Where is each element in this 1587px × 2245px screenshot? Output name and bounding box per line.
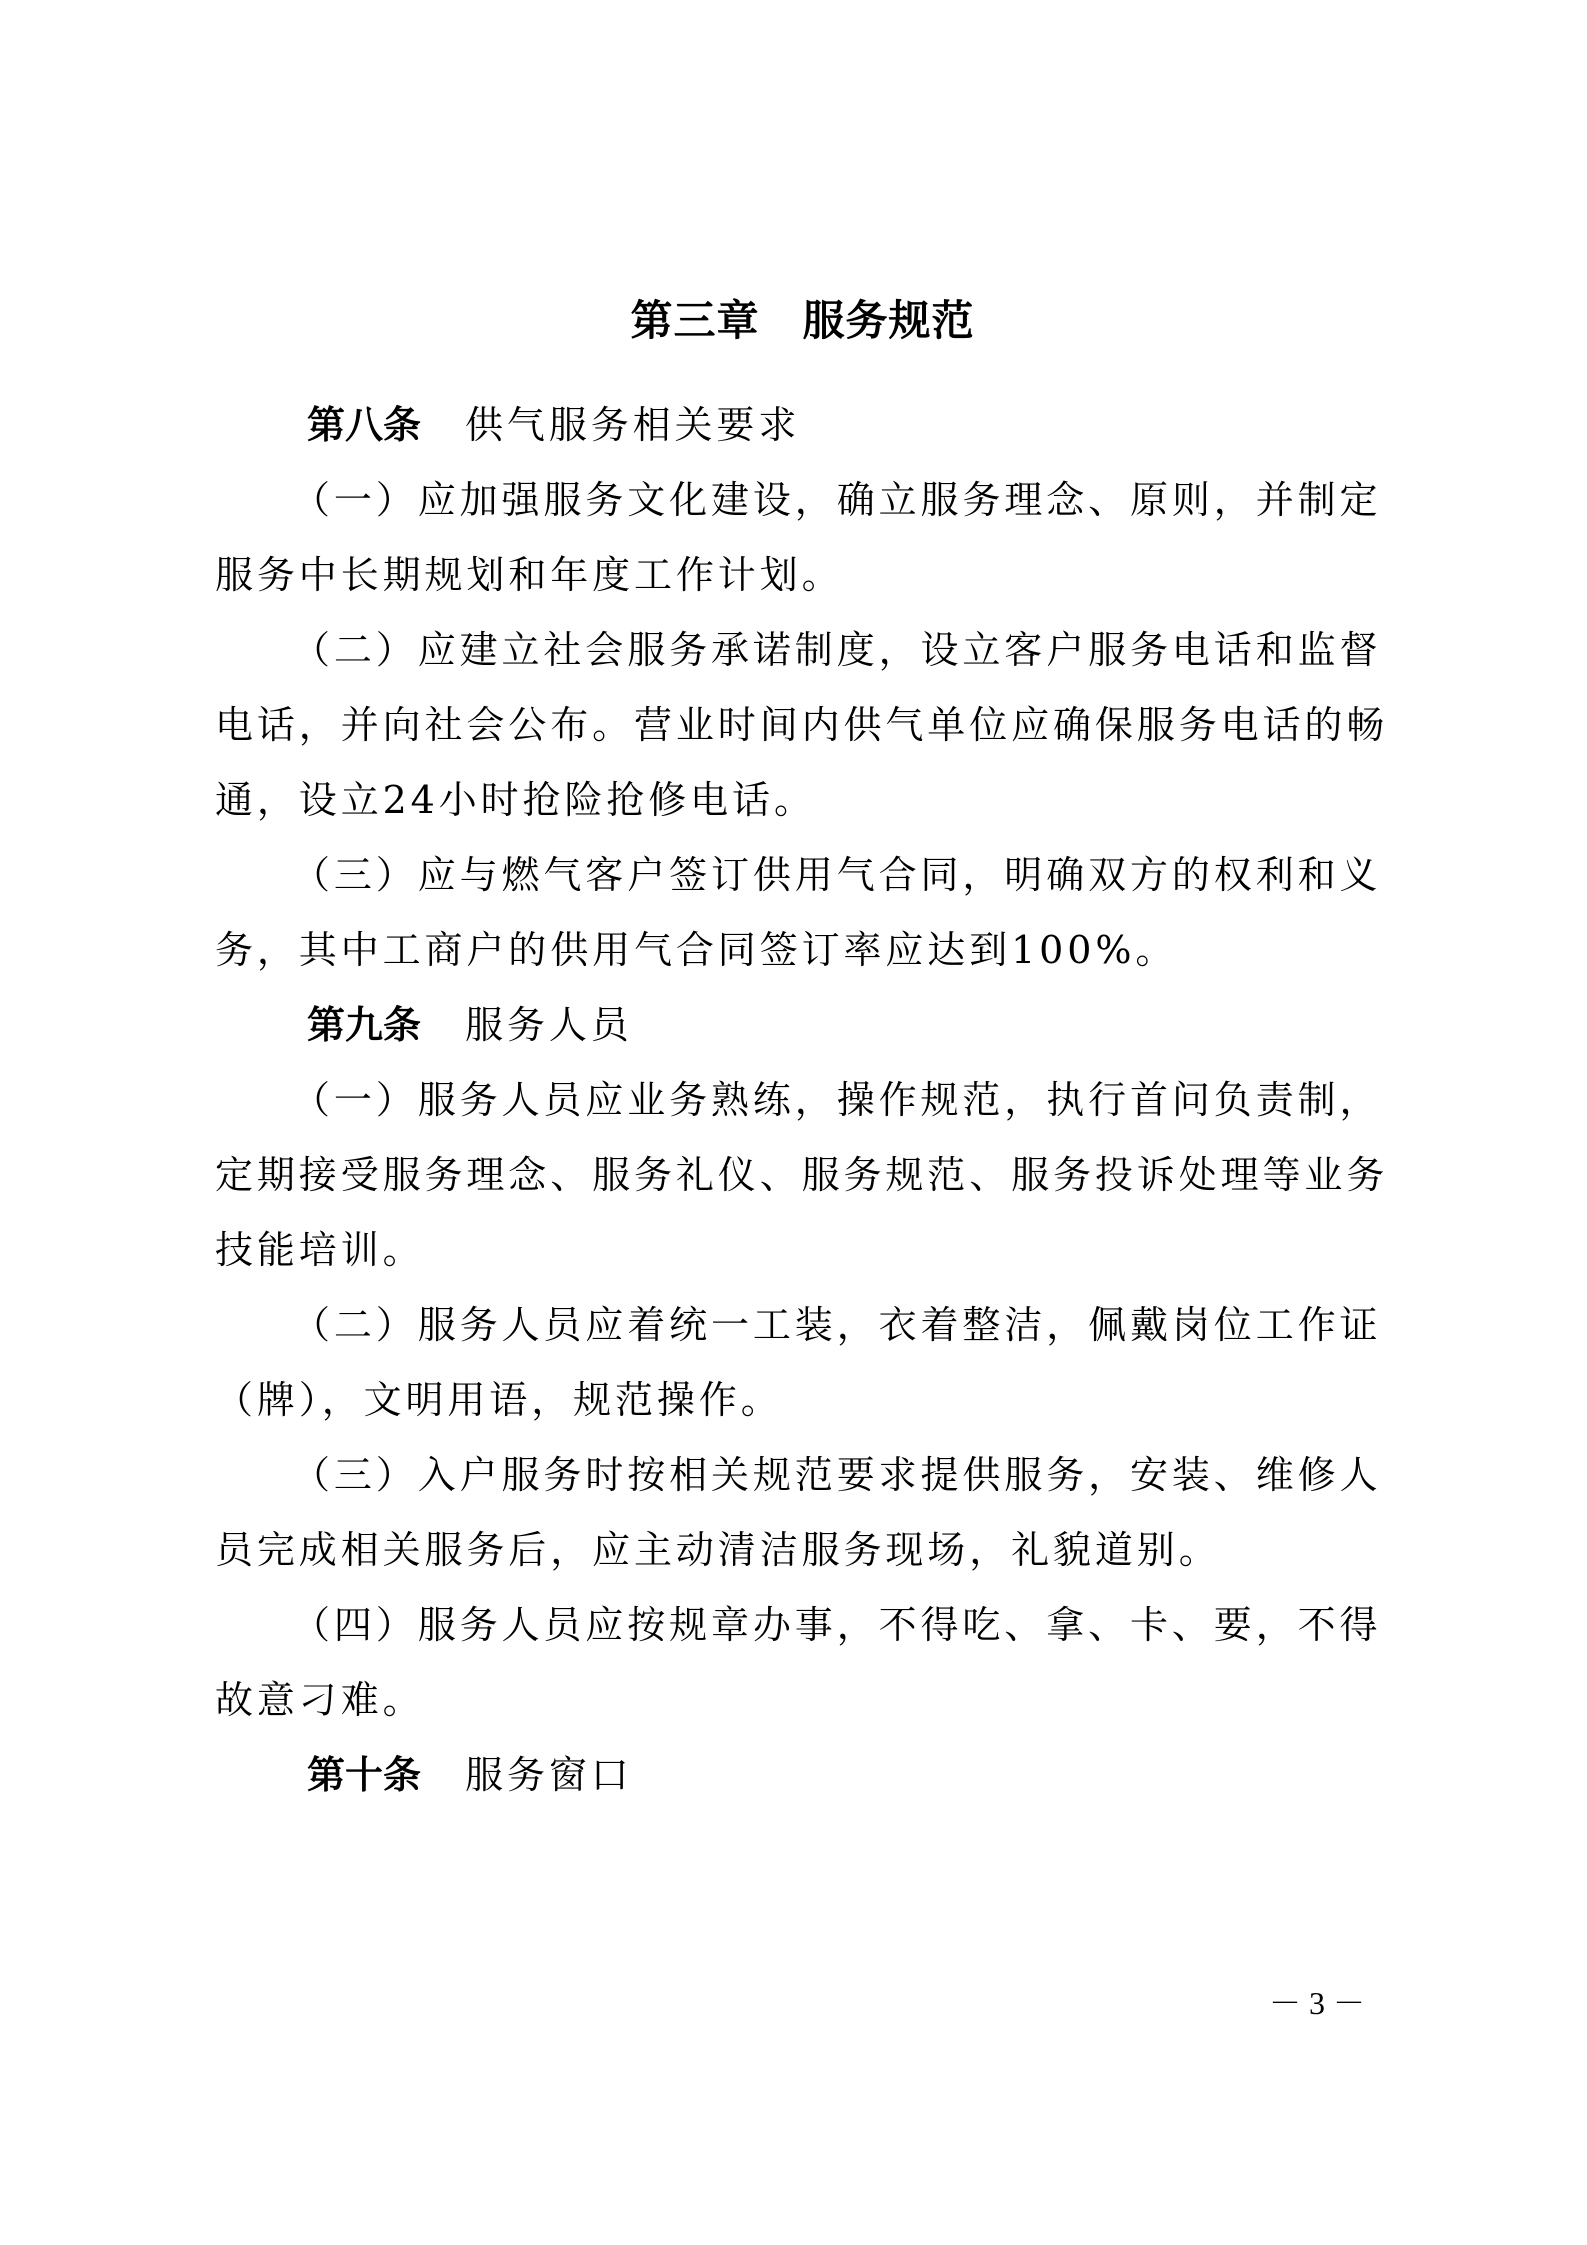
paragraph-line: （四）服务人员应按规章办事，不得吃、拿、卡、要，不得	[292, 1597, 1472, 1653]
paragraph-line: 通，设立24小时抢险抢修电话。	[215, 772, 1395, 828]
paragraph-line: （一）服务人员应业务熟练，操作规范，执行首问负责制，	[292, 1072, 1472, 1128]
paragraph-line: （一）应加强服务文化建设，确立服务理念、原则，并制定	[292, 472, 1472, 528]
article-heading: 第十条服务窗口	[307, 1747, 1487, 1803]
document-page: 第三章 服务规范 第八条供气服务相关要求 （一）应加强服务文化建设，确立服务理念…	[0, 0, 1587, 2245]
article-heading: 第九条服务人员	[307, 997, 1487, 1053]
paragraph-line: 定期接受服务理念、服务礼仪、服务规范、服务投诉处理等业务	[215, 1147, 1395, 1203]
paragraph-line: （二）服务人员应着统一工装，衣着整洁，佩戴岗位工作证	[292, 1297, 1472, 1353]
paragraph-line: （三）应与燃气客户签订供用气合同，明确双方的权利和义	[292, 847, 1472, 903]
paragraph-line: 员完成相关服务后，应主动清洁服务现场，礼貌道别。	[215, 1522, 1395, 1578]
chapter-title: 第三章 服务规范	[0, 296, 1587, 346]
paragraph-line: 电话，并向社会公布。营业时间内供气单位应确保服务电话的畅	[215, 697, 1395, 753]
article-label: 第九条	[307, 1003, 421, 1047]
paragraph-line: 故意刁难。	[215, 1672, 1395, 1728]
article-label: 第八条	[307, 403, 421, 447]
article-heading: 第八条供气服务相关要求	[307, 397, 1487, 453]
article-title: 供气服务相关要求	[465, 403, 800, 447]
article-title: 服务人员	[465, 1003, 633, 1047]
paragraph-line: 服务中长期规划和年度工作计划。	[215, 547, 1395, 603]
paragraph-line: （三）入户服务时按相关规范要求提供服务，安装、维修人	[292, 1447, 1472, 1503]
article-title: 服务窗口	[465, 1753, 633, 1797]
article-label: 第十条	[307, 1753, 421, 1797]
page-number: － 3 －	[1262, 1983, 1372, 2023]
paragraph-line: 务，其中工商户的供用气合同签订率应达到100%。	[215, 922, 1395, 978]
paragraph-line: （牌），文明用语，规范操作。	[215, 1372, 1395, 1428]
paragraph-line: （二）应建立社会服务承诺制度，设立客户服务电话和监督	[292, 622, 1472, 678]
paragraph-line: 技能培训。	[215, 1222, 1395, 1278]
